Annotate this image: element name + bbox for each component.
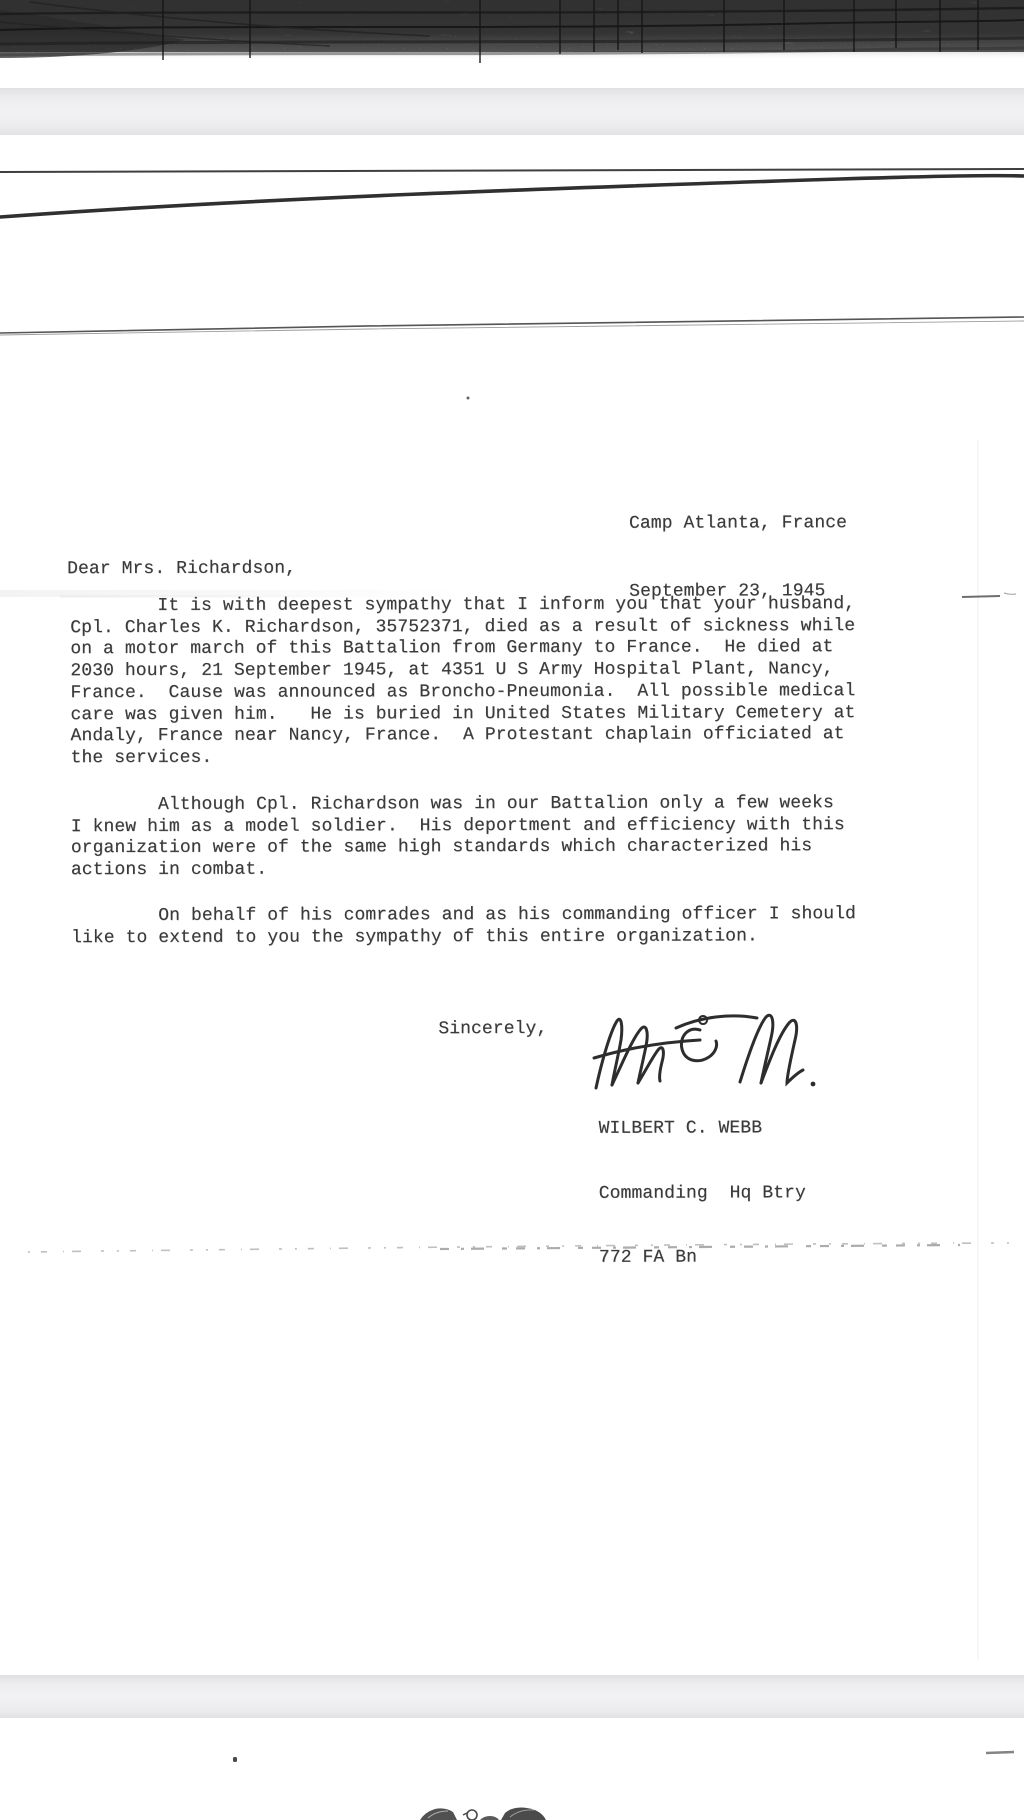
typed-line: I knew him as a model soldier. His depor… xyxy=(71,815,845,839)
signature-name: WILBERT C. WEBB xyxy=(599,1118,806,1140)
paragraph-3: On behalf of his comrades and as his com… xyxy=(71,904,856,949)
letter-page: Camp Atlanta, France September 23, 1945 … xyxy=(0,0,1024,1820)
typed-line: It is with deepest sympathy that I infor… xyxy=(70,594,855,618)
typed-line: like to extend to you the sympathy of th… xyxy=(71,926,856,950)
signature-title: Commanding Hq Btry xyxy=(599,1183,806,1205)
typed-line: 2030 hours, 21 September 1945, at 4351 U… xyxy=(70,659,855,683)
scanned-document-viewer: { "viewer": { "page_background": "#fffff… xyxy=(0,0,1024,1820)
dateline-location: Camp Atlanta, France xyxy=(629,512,847,535)
typed-line: Andaly, France near Nancy, France. A Pro… xyxy=(71,724,856,748)
typed-line: on a motor march of this Battalion from … xyxy=(70,638,855,662)
typed-line: care was given him. He is buried in Unit… xyxy=(70,703,855,727)
handwritten-signature xyxy=(580,1000,830,1095)
typed-line: On behalf of his comrades and as his com… xyxy=(71,904,856,928)
closing: Sincerely, xyxy=(438,1019,547,1041)
typed-line: organization were of the same high stand… xyxy=(71,837,845,861)
paragraph-1: It is with deepest sympathy that I infor… xyxy=(70,594,855,770)
typed-line: actions in combat. xyxy=(71,858,845,882)
typed-line: Although Cpl. Richardson was in our Batt… xyxy=(71,793,845,817)
signature-unit: 772 FA Bn xyxy=(599,1247,806,1269)
signature-block: WILBERT C. WEBB Commanding Hq Btry 772 F… xyxy=(598,1075,806,1312)
typed-line: France. Cause was announced as Broncho-P… xyxy=(70,681,855,705)
salutation: Dear Mrs. Richardson, xyxy=(67,559,296,581)
typed-line: the services. xyxy=(71,746,856,770)
typed-line: Cpl. Charles K. Richardson, 35752371, di… xyxy=(70,616,855,640)
paragraph-2: Although Cpl. Richardson was in our Batt… xyxy=(71,793,845,882)
eagle-emblem-icon xyxy=(418,1806,550,1820)
